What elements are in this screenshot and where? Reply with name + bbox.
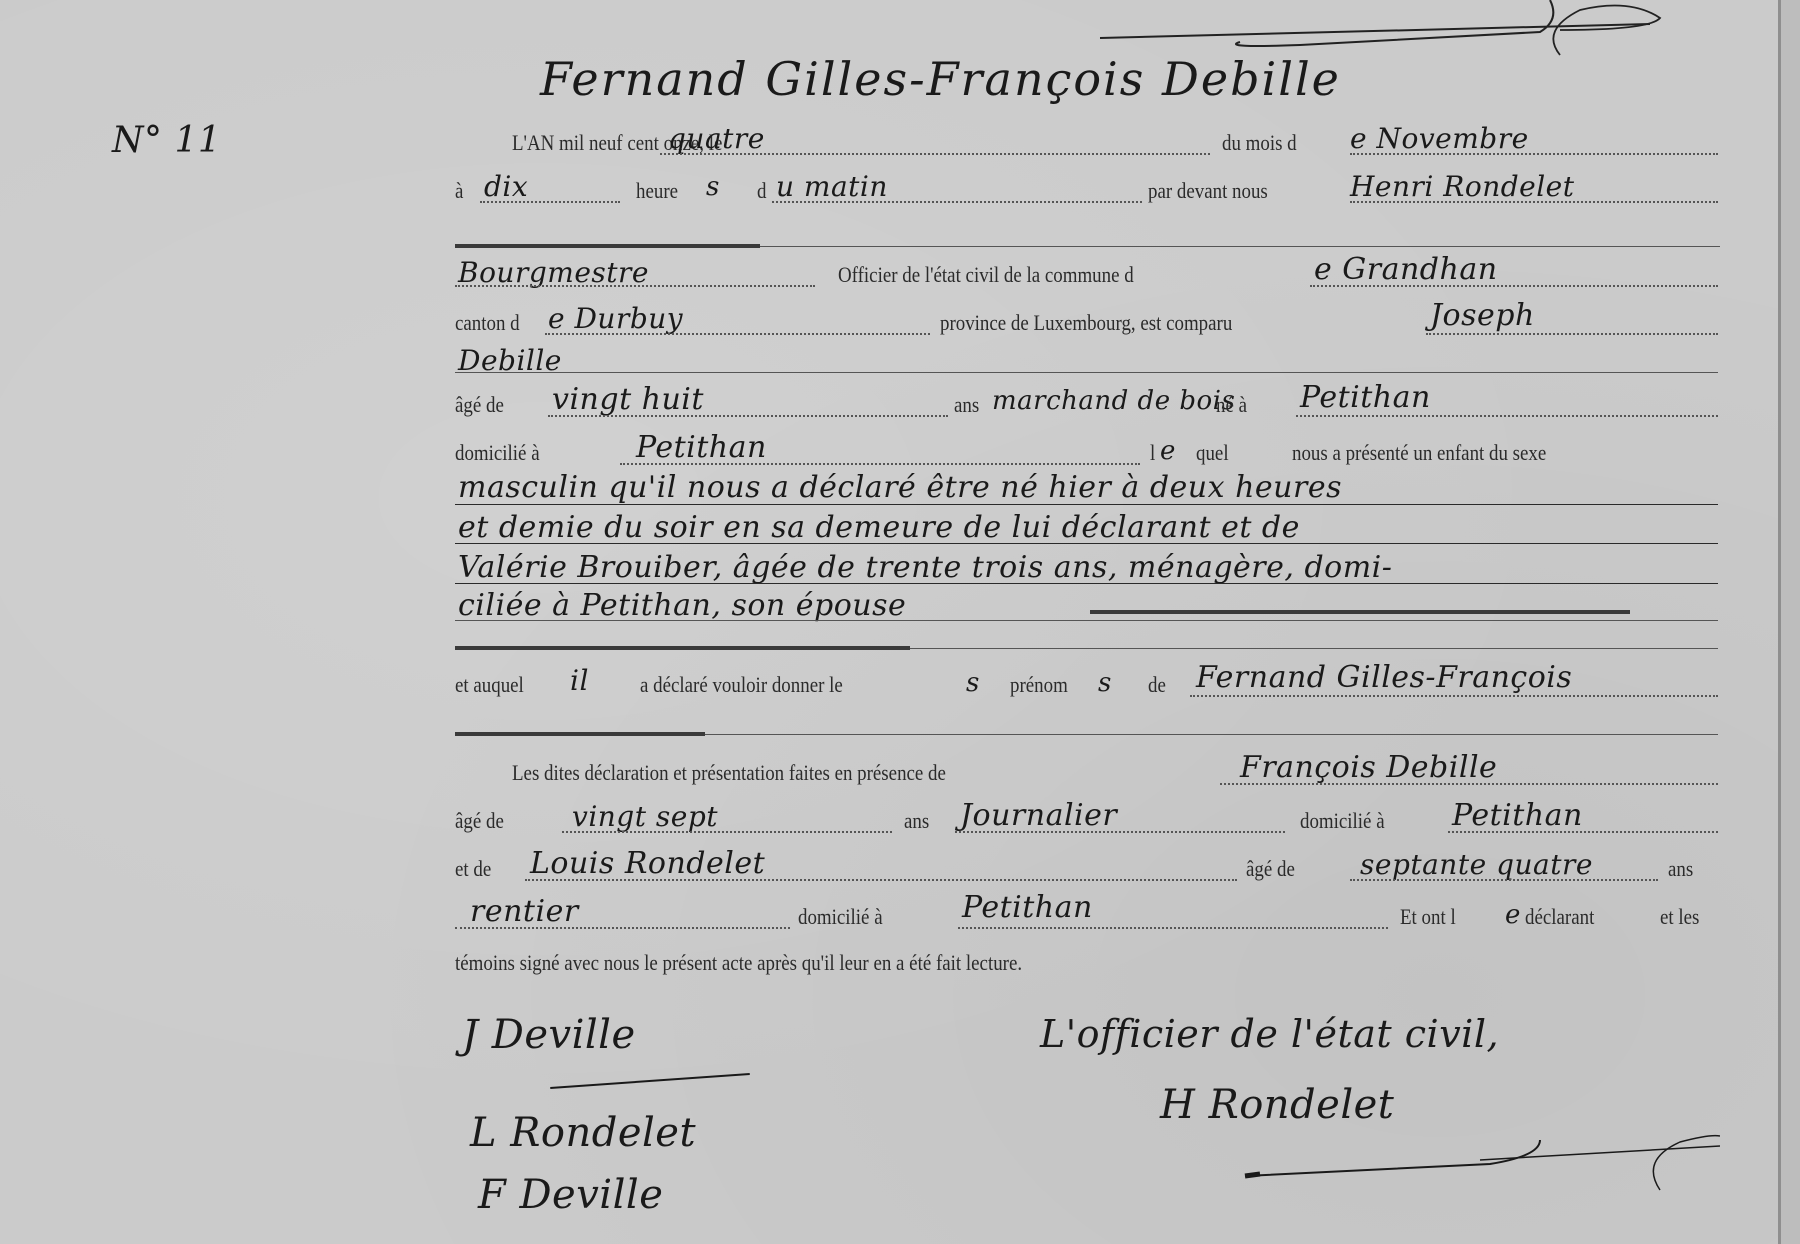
declarant-residence-dots <box>620 463 1140 465</box>
narrative-underline-4 <box>455 620 1718 621</box>
witness2-profession: rentier <box>470 894 579 929</box>
witness2-residence-dots <box>958 927 1388 929</box>
witness2-name: Louis Rondelet <box>530 846 765 881</box>
printed-officer-commune: Officier de l'état civil de la commune d <box>838 262 1134 288</box>
declarant-profession: marchand de bois <box>992 386 1235 416</box>
printed-par-devant-nous: par devant nous <box>1148 178 1268 204</box>
officer-name-value: Henri Rondelet <box>1350 170 1575 203</box>
declarant-age-dots <box>548 415 948 417</box>
printed-presented-child: nous a présenté un enfant du sexe <box>1292 440 1546 466</box>
printed-du-label: d <box>757 178 766 204</box>
signature-witness-rondelet: L Rondelet <box>470 1110 696 1156</box>
witness1-name-dots <box>1220 783 1718 785</box>
declarant-birthplace-dots <box>1296 415 1718 417</box>
printed-et-ont-l: Et ont l <box>1400 904 1456 930</box>
separator-rule-2-thin <box>910 648 1718 649</box>
printed-province-comparu: province de Luxembourg, est comparu <box>940 310 1232 336</box>
printed-declarant: déclarant <box>1525 904 1594 930</box>
officer-signature-title: L'officier de l'état civil, <box>1040 1012 1499 1056</box>
signature-witness-deville: F Deville <box>478 1172 663 1218</box>
time-field-dots <box>772 201 1142 203</box>
printed-month-label: du mois d <box>1222 130 1297 156</box>
canton-field-dots <box>545 333 930 335</box>
child-name-title: Fernand Gilles-François Debille <box>540 52 1341 106</box>
day-value: quatre <box>668 122 765 155</box>
printed-age-label: âgé de <box>455 392 504 418</box>
printed-witness2-ans: ans <box>1668 856 1693 882</box>
narrative-underline-3 <box>455 583 1718 584</box>
separator-rule-3-thin <box>705 734 1718 735</box>
printed-heures-label: heure <box>636 178 678 204</box>
separator-rule-2 <box>455 646 910 650</box>
officer-title-dots <box>455 285 815 287</box>
witness1-age-dots <box>562 831 892 833</box>
printed-witness2-domicile: domicilié à <box>798 904 883 930</box>
declarant-article-suffix: e <box>1505 900 1521 930</box>
narrative-line-2: et demie du soir en sa demeure de lui dé… <box>458 510 1300 545</box>
declarant-surname-line <box>455 372 1718 373</box>
declarant-first-name-dots <box>1426 333 1718 335</box>
pronoun-value: il <box>570 664 589 697</box>
lequel-suffix: e <box>1160 436 1176 466</box>
narrative-line-4: ciliée à Petithan, son épouse <box>458 588 906 623</box>
printed-quel-label: quel <box>1196 440 1229 466</box>
declarant-residence: Petithan <box>636 430 767 465</box>
given-names-value: Fernand Gilles-François <box>1196 660 1572 695</box>
separator-rule <box>455 244 760 248</box>
declarant-age-value: vingt huit <box>552 382 704 417</box>
narrative-end-rule <box>1090 610 1630 614</box>
printed-prenom-label: prénom <box>1010 672 1068 698</box>
page-edge-shade <box>1781 0 1800 1244</box>
hour-field-dots <box>480 201 620 203</box>
witness2-age: septante quatre <box>1360 848 1593 881</box>
printed-a-label: à <box>455 178 463 204</box>
month-field-dots <box>1350 153 1718 155</box>
commune-value: e Grandhan <box>1314 252 1498 287</box>
narrative-underline-2 <box>455 543 1718 544</box>
printed-domicilie-label: domicilié à <box>455 440 540 466</box>
printed-ans-label: ans <box>954 392 979 418</box>
declarant-birthplace: Petithan <box>1300 380 1431 415</box>
printed-canton-label: canton d <box>455 310 520 336</box>
given-names-dots <box>1190 695 1718 697</box>
separator-rule-thin <box>760 246 1720 247</box>
witness1-profession-dots <box>955 831 1285 833</box>
printed-witness1-domicile: domicilié à <box>1300 808 1385 834</box>
printed-et-auquel: et auquel <box>455 672 524 698</box>
narrative-line-1: masculin qu'il nous a déclaré être né hi… <box>458 470 1342 505</box>
printed-et-de: et de <box>455 856 491 882</box>
printed-closing-sentence: témoins signé avec nous le présent acte … <box>455 950 1022 976</box>
narrative-underline-1 <box>455 504 1718 505</box>
printed-witness2-age-label: âgé de <box>1246 856 1295 882</box>
register-number: N° 11 <box>112 120 221 161</box>
printed-declare-donner: a déclaré vouloir donner le <box>640 672 843 698</box>
hour-value: dix <box>484 170 528 203</box>
printed-witness1-ans: ans <box>904 808 929 834</box>
top-pen-flourish <box>1000 0 1700 60</box>
printed-et-les: et les <box>1660 904 1699 930</box>
officer-field-dots <box>1350 201 1718 203</box>
printed-witnesses-intro: Les dites déclaration et présentation fa… <box>512 760 946 786</box>
witness1-age: vingt sept <box>572 800 718 833</box>
officer-signature-flourish <box>1240 1120 1720 1200</box>
le-suffix: s <box>966 668 980 698</box>
witness2-profession-dots <box>455 927 790 929</box>
time-of-day-value: u matin <box>776 170 888 203</box>
printed-l-label: l <box>1150 440 1155 466</box>
witness1-name: François Debille <box>1240 750 1497 785</box>
document-page: Fernand Gilles-François Debille N° 11 L'… <box>0 0 1800 1244</box>
witness1-residence: Petithan <box>1452 798 1583 833</box>
signature-declarant: J Deville <box>462 1012 636 1058</box>
printed-ne-a-label: né à <box>1216 392 1247 418</box>
separator-rule-3 <box>455 732 705 736</box>
month-value: e Novembre <box>1350 122 1529 155</box>
witness2-residence: Petithan <box>962 890 1093 925</box>
heures-suffix: s <box>706 172 720 202</box>
declarant-first-name: Joseph <box>1430 298 1535 333</box>
day-field-dots <box>660 153 1210 155</box>
printed-de-label: de <box>1148 672 1166 698</box>
canton-value: e Durbuy <box>548 302 683 335</box>
signature-declarant-underline <box>550 1073 750 1089</box>
printed-witness1-age-label: âgé de <box>455 808 504 834</box>
witness2-name-dots <box>525 879 1237 881</box>
prenom-suffix: s <box>1098 668 1112 698</box>
narrative-line-3: Valérie Brouiber, âgée de trente trois a… <box>458 550 1392 585</box>
commune-field-dots <box>1310 285 1718 287</box>
witness1-residence-dots <box>1448 831 1718 833</box>
witness2-age-dots <box>1350 879 1658 881</box>
witness1-profession: Journalier <box>960 798 1117 833</box>
